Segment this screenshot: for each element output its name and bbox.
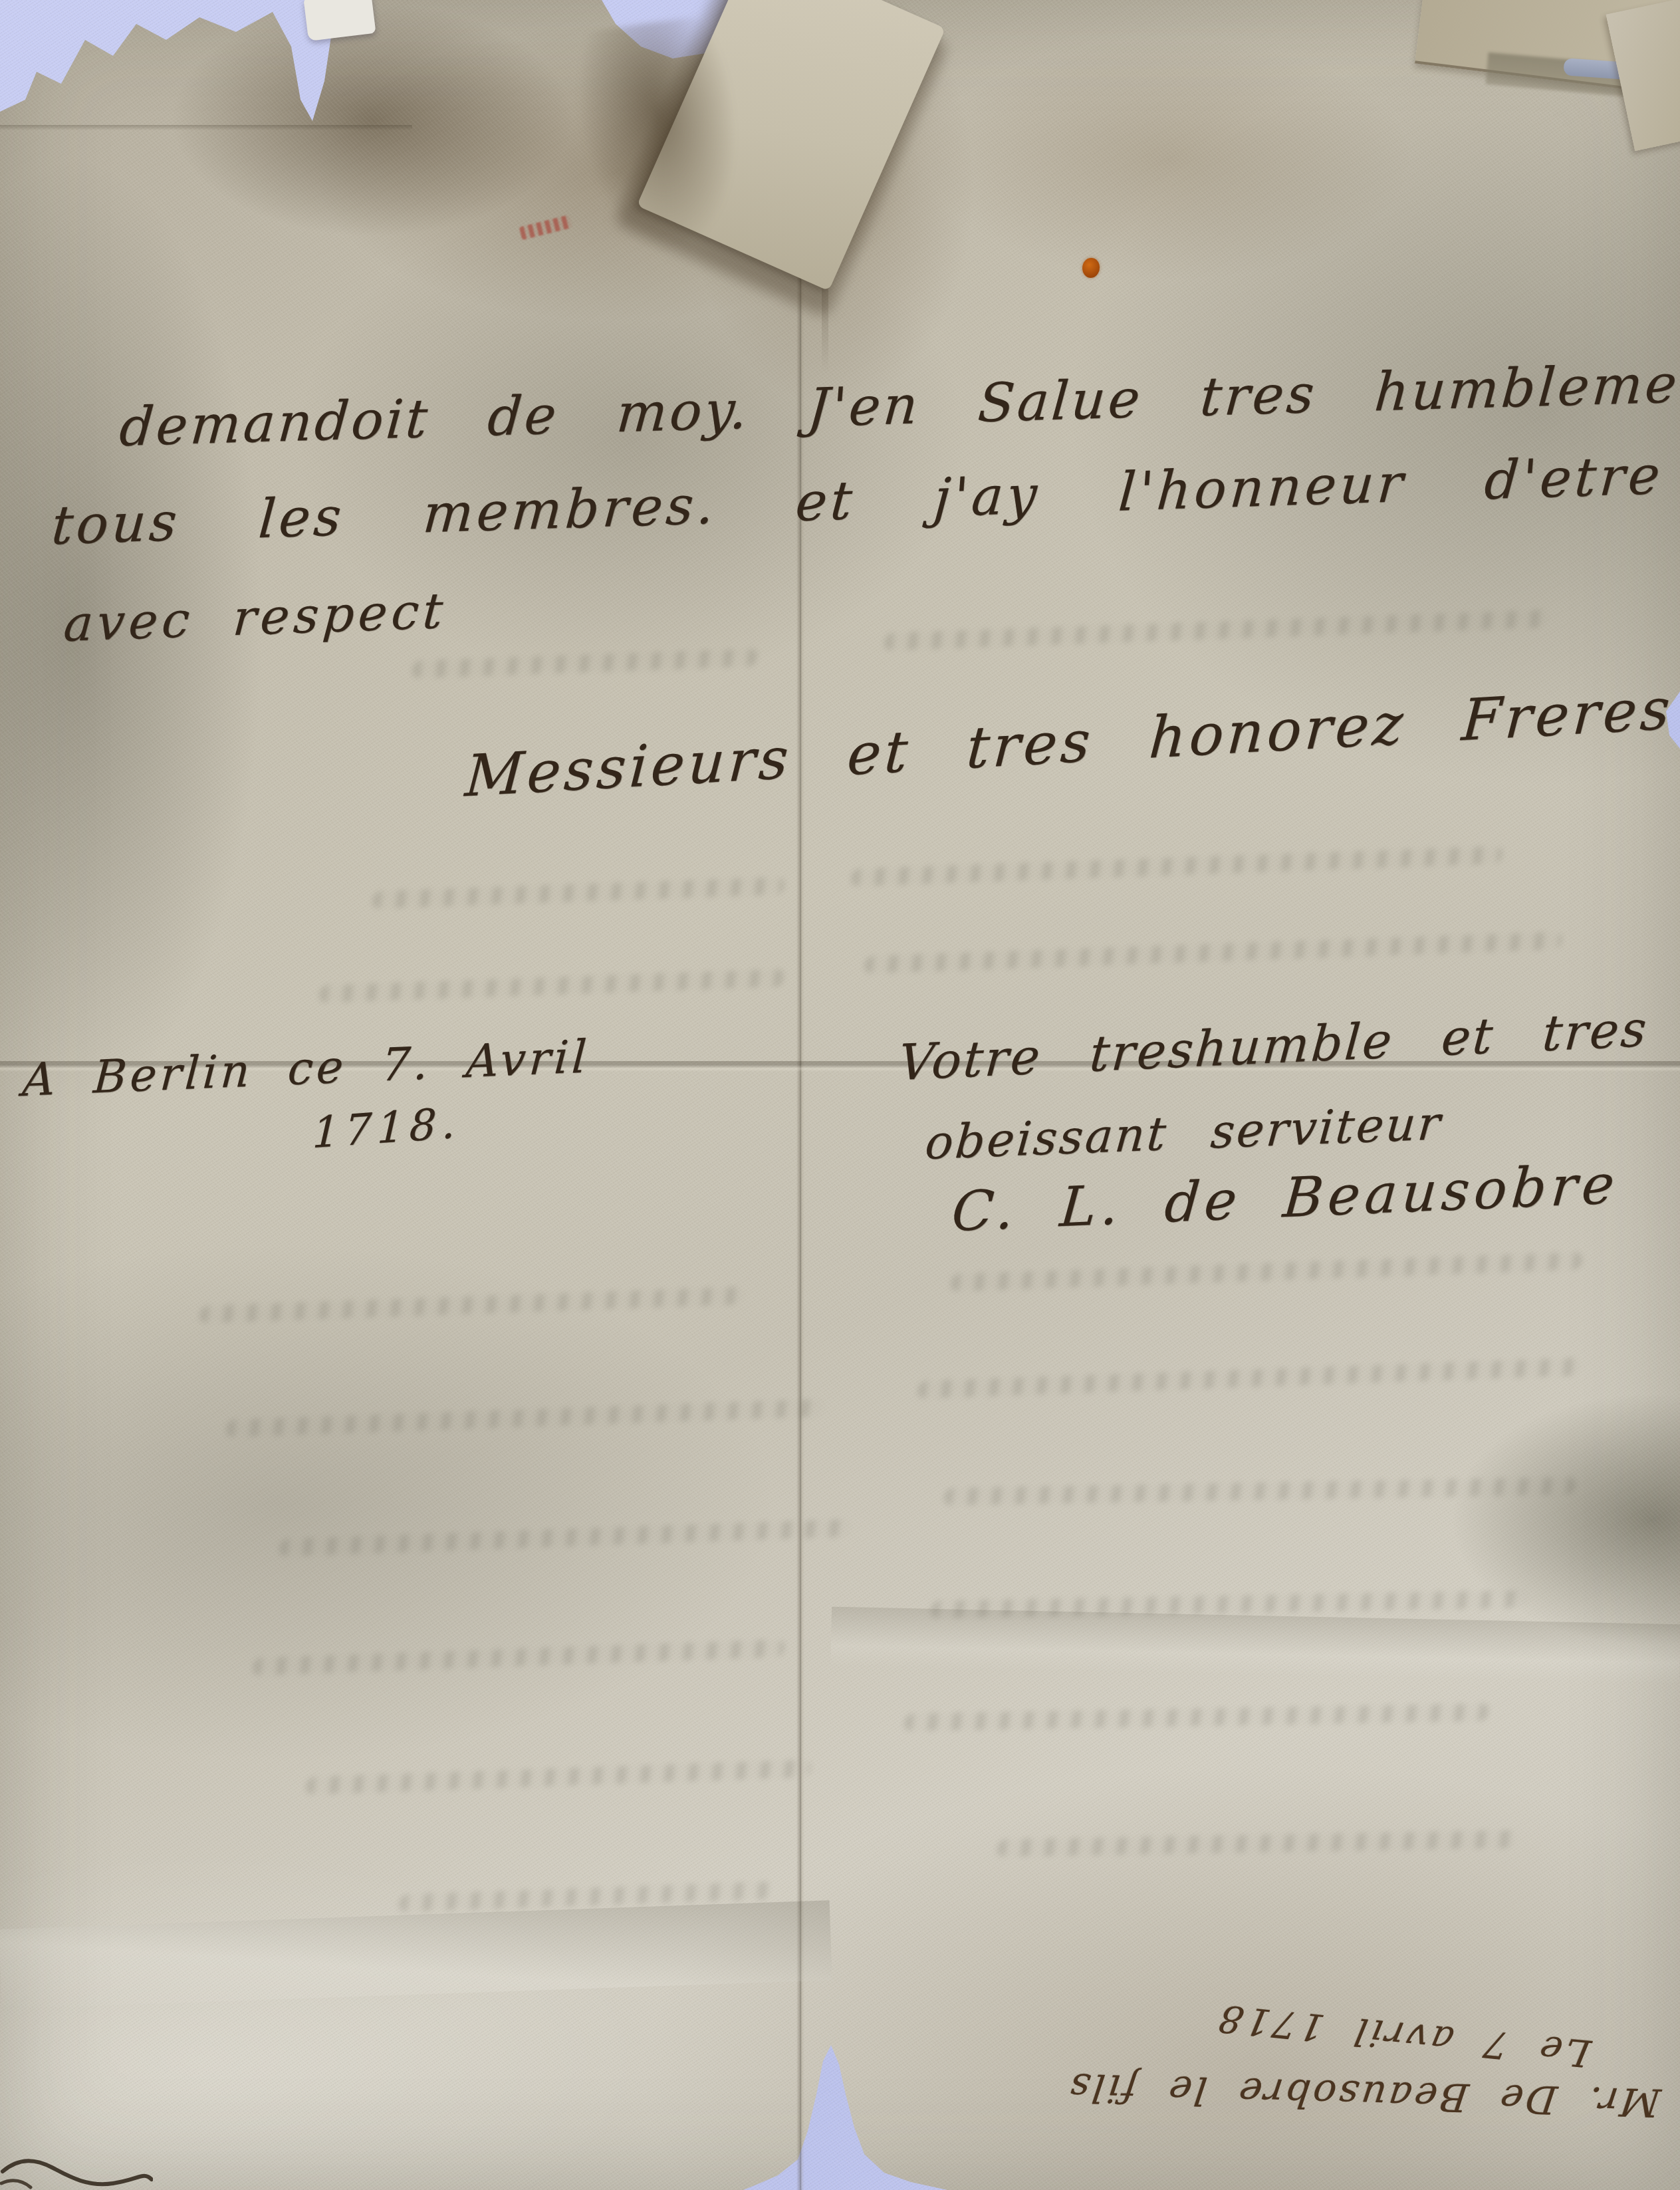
vertical-fold-crease (796, 0, 804, 2190)
letter-dateline-year: 1718. (312, 1098, 461, 1158)
photograph-of-letter: demandoit de moy. J'en Salue tres humble… (0, 0, 1680, 2190)
top-left-crease (0, 125, 412, 130)
crumpled-dark-stain (568, 13, 751, 259)
corner-ink-squiggle (0, 2145, 153, 2190)
